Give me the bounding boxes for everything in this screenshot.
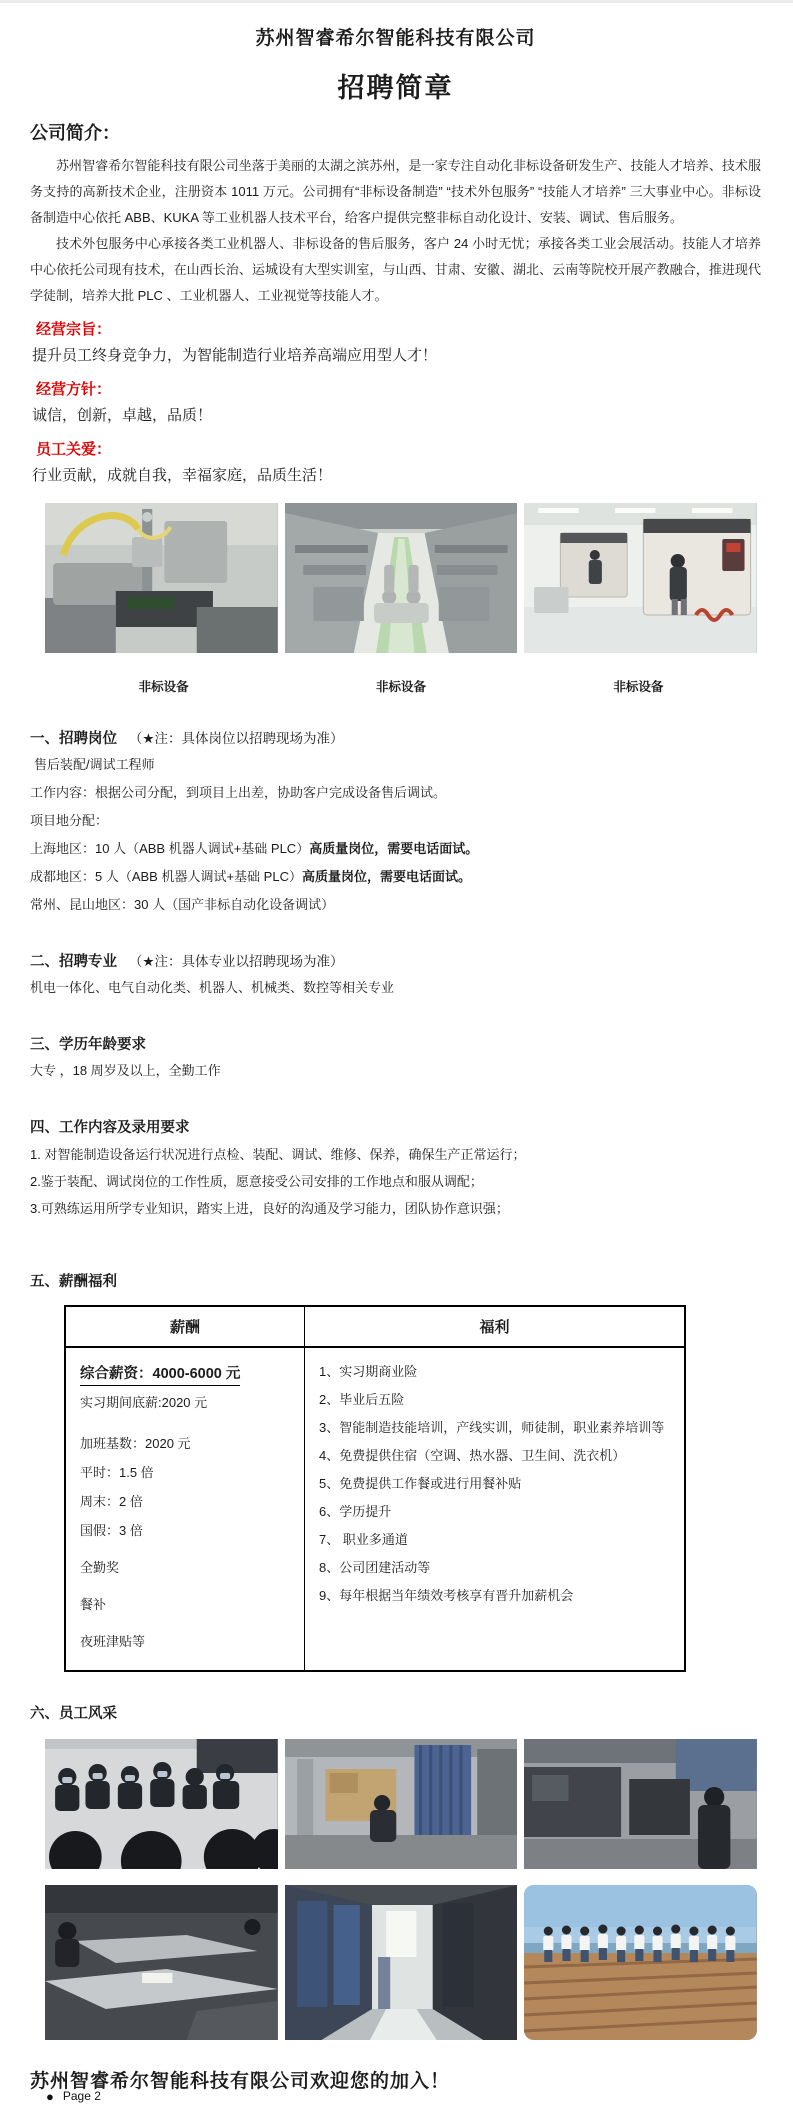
closing-welcome-line: 苏州智睿希尔智能科技有限公司欢迎您的加入！ xyxy=(30,2066,761,2093)
salary-line-base: 实习期间底薪:2020 元 xyxy=(80,1390,290,1415)
company-name-title: 苏州智睿希尔智能科技有限公司 xyxy=(30,23,761,50)
section-1-title: 一、招聘岗位 xyxy=(30,731,117,747)
welfare-item-4: 4、免费提供住宿（空调、热水器、卫生间、洗衣机） xyxy=(319,1443,670,1468)
footer-page-label: Page 2 xyxy=(63,2089,101,2103)
salary-line-meal: 餐补 xyxy=(80,1592,290,1617)
cnc-workshop-illustration xyxy=(524,503,757,653)
motto-block: 经营宗旨： 提升员工终身竞争力，为智能制造行业培养高端应用型人才！ 经营方针： … xyxy=(30,317,761,489)
assembly-line-illustration xyxy=(285,503,518,653)
job-title-line: 售后装配/调试工程师 xyxy=(30,752,761,778)
education-age-line: 大专 ，18 周岁及以上，全勤工作 xyxy=(30,1058,761,1084)
salary-line-overtime-base: 加班基数：2020 元 xyxy=(80,1431,290,1456)
equipment-caption-row: 非标设备 非标设备 非标设备 xyxy=(45,677,757,695)
company-intro-paragraph-1: 苏州智睿希尔智能科技有限公司坐落于美丽的太湖之滨苏州，是一家专注自动化非标设备研… xyxy=(30,153,761,231)
staff-photo-3 xyxy=(524,1739,757,1869)
section-2-title: 二、招聘专业 xyxy=(30,954,117,970)
motto-label-policy: 经营方针： xyxy=(36,377,761,403)
welfare-item-3: 3、智能制造技能培训，产线实训，师徒制，职业素养培训等 xyxy=(319,1415,670,1440)
salary-line-attendance: 全勤奖 xyxy=(80,1555,290,1580)
table-header-row: 薪酬 福利 xyxy=(65,1306,685,1347)
location-line-shanghai: 上海地区：10 人（ABB 机器人调试+基础 PLC）高质量岗位，需要电话面试。 xyxy=(30,836,761,862)
salary-line-weekend: 周末：2 倍 xyxy=(80,1489,290,1514)
staff-photo-2 xyxy=(285,1739,518,1869)
section-6-title: 六、员工风采 xyxy=(30,1706,117,1722)
welfare-column-header: 福利 xyxy=(305,1306,686,1347)
footer-bullet-icon: ● xyxy=(46,2090,54,2103)
page-footer: ● Page 2 xyxy=(46,2089,101,2103)
company-intro-paragraph-2: 技术外包服务中心承接各类工业机器人、非标设备的售后服务，客户 24 小时无忧；承… xyxy=(30,231,761,309)
salary-line-holiday: 国假：3 倍 xyxy=(80,1518,290,1543)
equipment-caption-1: 非标设备 xyxy=(45,677,282,695)
section-1-note: （★注：具体岗位以招聘现场为准） xyxy=(129,731,344,746)
section-4-title: 四、工作内容及录用要求 xyxy=(30,1120,190,1136)
motto-text-purpose: 提升员工终身竞争力，为智能制造行业培养高端应用型人才！ xyxy=(32,343,761,369)
majors-line: 机电一体化、电气自动化类、机器人、机械类、数控等相关专业 xyxy=(30,975,761,1001)
section-1-heading: 一、招聘岗位 （★注：具体岗位以招聘现场为准） xyxy=(30,727,761,748)
welfare-item-2: 2、毕业后五险 xyxy=(319,1387,670,1412)
welfare-item-1: 1、实习期商业险 xyxy=(319,1359,670,1384)
dormitory-corridor-illustration xyxy=(285,1885,518,2040)
salary-line-nightshift: 夜班津贴等 xyxy=(80,1629,290,1654)
equipment-maintenance-illustration xyxy=(524,1739,757,1869)
equipment-gallery xyxy=(45,503,757,653)
motto-text-policy: 诚信，创新，卓越，品质！ xyxy=(32,403,761,429)
equipment-photo-2 xyxy=(285,503,518,653)
company-intro-heading: 公司简介： xyxy=(30,119,761,145)
staff-gallery-row-1 xyxy=(45,1739,757,1869)
equipment-photo-1 xyxy=(45,503,278,653)
group-photo-outdoor-illustration xyxy=(524,1885,757,2040)
motto-label-care: 员工关爱： xyxy=(36,437,761,463)
location-shanghai-bold: 高质量岗位，需要电话面试。 xyxy=(309,841,478,856)
equipment-photo-3 xyxy=(524,503,757,653)
salary-benefits-table: 薪酬 福利 综合薪资：4000-6000 元 实习期间底薪:2020 元 加班基… xyxy=(64,1305,686,1672)
motto-label-purpose: 经营宗旨： xyxy=(36,317,761,343)
section-4-heading: 四、工作内容及录用要求 xyxy=(30,1116,761,1137)
staff-photo-1 xyxy=(45,1739,278,1869)
motto-text-care: 行业贡献，成就自我，幸福家庭，品质生活！ xyxy=(32,463,761,489)
salary-cell: 综合薪资：4000-6000 元 实习期间底薪:2020 元 加班基数：2020… xyxy=(65,1347,305,1671)
staff-gallery-row-2 xyxy=(45,1885,757,2040)
location-chengdu-bold: 高质量岗位，需要电话面试。 xyxy=(302,869,471,884)
section-6-heading: 六、员工风采 xyxy=(30,1702,761,1723)
section-5-title: 五、薪酬福利 xyxy=(30,1274,117,1290)
location-chengdu-text: 成都地区：5 人（ABB 机器人调试+基础 PLC） xyxy=(30,869,302,884)
project-distribution-label: 项目地分配： xyxy=(30,808,761,834)
staff-photo-5 xyxy=(285,1885,518,2040)
document-page: 苏州智睿希尔智能科技有限公司 招聘简章 公司简介： 苏州智睿希尔智能科技有限公司… xyxy=(0,0,793,2128)
welfare-item-5: 5、免费提供工作餐或进行用餐补贴 xyxy=(319,1471,670,1496)
workshop-training-illustration xyxy=(285,1739,518,1869)
welfare-item-6: 6、学历提升 xyxy=(319,1499,670,1524)
document-title: 招聘简章 xyxy=(30,66,761,105)
welfare-item-8: 8、公司团建活动等 xyxy=(319,1555,670,1580)
salary-column-header: 薪酬 xyxy=(65,1306,305,1347)
welfare-item-7: 7、 职业多通道 xyxy=(319,1527,670,1552)
welfare-item-9: 9、每年根据当年绩效考核享有晋升加薪机会 xyxy=(319,1583,670,1608)
welfare-cell: 1、实习期商业险 2、毕业后五险 3、智能制造技能培训，产线实训，师徒制，职业素… xyxy=(305,1347,686,1671)
staff-photo-4 xyxy=(45,1885,278,2040)
study-room-illustration xyxy=(45,1885,278,2040)
section-5-heading: 五、薪酬福利 xyxy=(30,1270,761,1291)
requirement-item-3: 3.可熟练运用所学专业知识，踏实上进，良好的沟通及学习能力，团队协作意识强； xyxy=(30,1195,761,1222)
location-line-chengdu: 成都地区：5 人（ABB 机器人调试+基础 PLC）高质量岗位，需要电话面试。 xyxy=(30,864,761,890)
staff-photo-6 xyxy=(524,1885,757,2040)
salary-total-text: 综合薪资：4000-6000 元 xyxy=(80,1362,240,1386)
equipment-caption-3: 非标设备 xyxy=(520,677,757,695)
table-body-row: 综合薪资：4000-6000 元 实习期间底薪:2020 元 加班基数：2020… xyxy=(65,1347,685,1671)
salary-line-weekday: 平时：1.5 倍 xyxy=(80,1460,290,1485)
job-content-line: 工作内容：根据公司分配，到项目上出差，协助客户完成设备售后调试。 xyxy=(30,780,761,806)
section-3-title: 三、学历年龄要求 xyxy=(30,1037,146,1053)
machine-closeup-illustration xyxy=(45,503,278,653)
section-3-heading: 三、学历年龄要求 xyxy=(30,1033,761,1054)
requirement-item-2: 2.鉴于装配、调试岗位的工作性质，愿意接受公司安排的工作地点和服从调配； xyxy=(30,1168,761,1195)
section-2-heading: 二、招聘专业 （★注：具体专业以招聘现场为准） xyxy=(30,950,761,971)
salary-line-total: 综合薪资：4000-6000 元 xyxy=(80,1362,290,1386)
classroom-students-illustration xyxy=(45,1739,278,1869)
location-shanghai-text: 上海地区：10 人（ABB 机器人调试+基础 PLC） xyxy=(30,841,309,856)
location-line-changzhou: 常州、昆山地区：30 人（国产非标自动化设备调试） xyxy=(30,892,761,918)
section-2-note: （★注：具体专业以招聘现场为准） xyxy=(129,954,344,969)
equipment-caption-2: 非标设备 xyxy=(282,677,519,695)
requirement-item-1: 1. 对智能制造设备运行状况进行点检、装配、调试、维修、保养，确保生产正常运行； xyxy=(30,1141,761,1168)
